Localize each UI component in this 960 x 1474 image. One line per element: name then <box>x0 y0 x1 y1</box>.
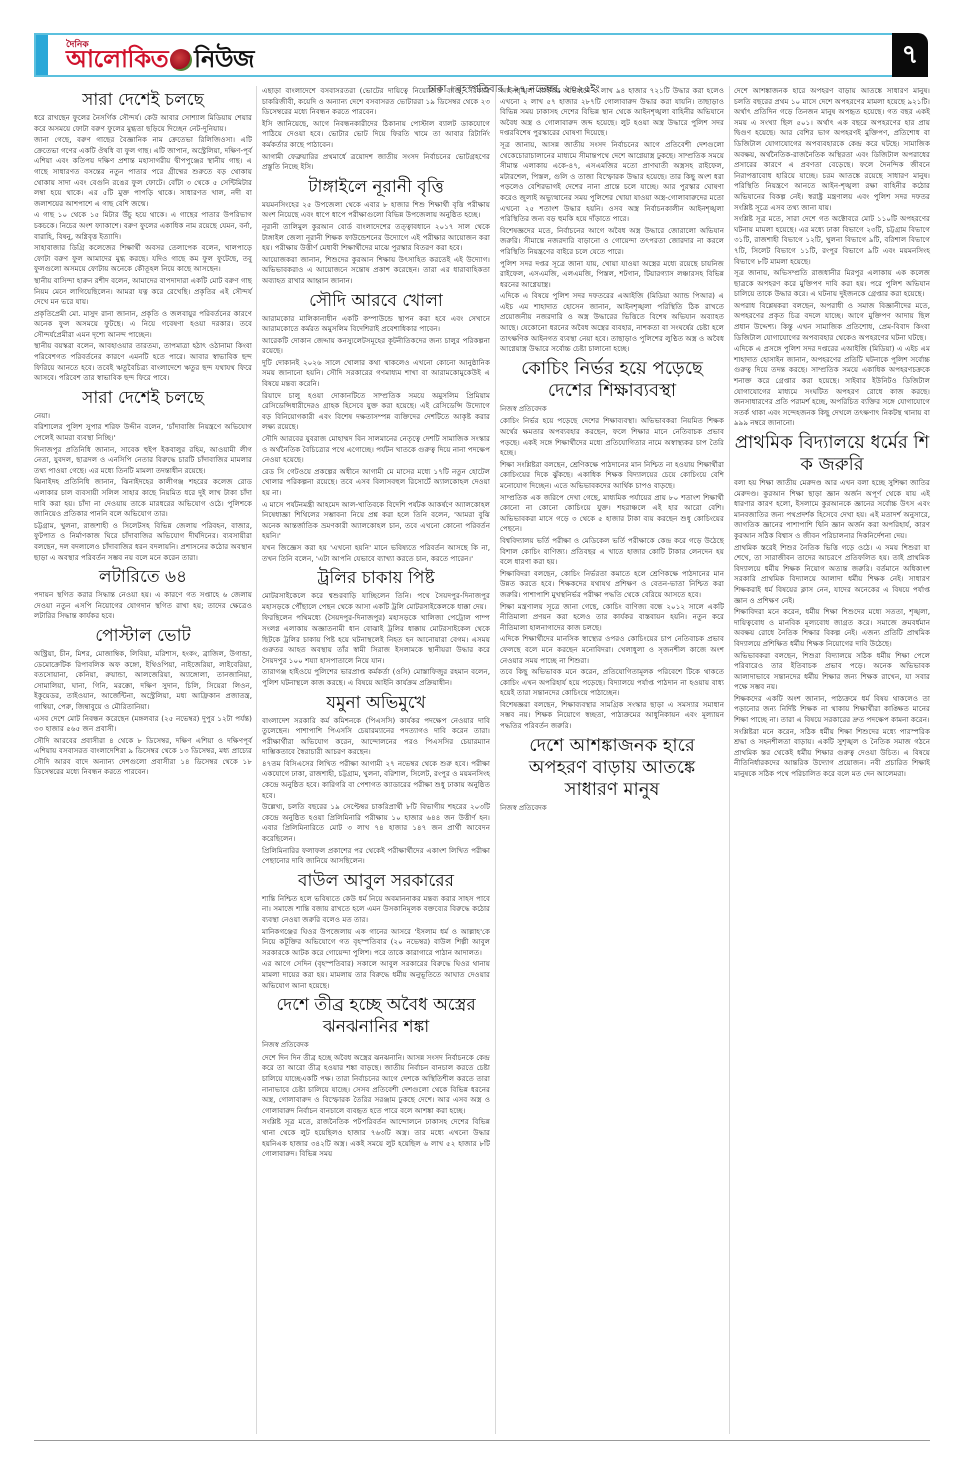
paragraph: এছাড়া বাংলাদেশে বসবাসরতরা (ভোটের দায়িত… <box>262 86 490 118</box>
article-headline: দেশে আশঙ্কাজনক হারে অপহরণ বাড়ায় আতঙ্কে… <box>500 735 724 801</box>
column-4: দেশে আশঙ্কাজনক হারে অপহরণ বাড়ায় আতঙ্কে… <box>734 86 930 781</box>
paragraph: রেড সি গেটওয়ে প্রকল্পের অধীনে আগামী মে … <box>262 467 490 499</box>
paragraph: আগামী ফেব্রুয়ারির প্রথমার্ধে ত্রয়োদশ জ… <box>262 152 490 173</box>
logo-name-black: নিউজ <box>194 45 254 73</box>
paragraph: সাম্প্রতিক এক জরিপে দেখা গেছে, মাধ্যমিক … <box>500 493 724 535</box>
byline: নিজস্ব প্রতিবেদক <box>262 1040 490 1051</box>
paragraph: শিক্ষা সংশ্লিষ্টরা বলছেন, শ্রেণিকক্ষে পা… <box>500 460 724 492</box>
paragraph: ৪৭তম বিসিএসের লিখিত পরীক্ষা আগামী ২৭ নভে… <box>262 759 490 801</box>
paragraph: বলা হয় শিক্ষা জাতীয় মেরুদণ্ড আর এখন বল… <box>734 478 930 542</box>
article: সারা দেশেই চলছে নেয়া। বরিশালের পুলিশ সু… <box>34 387 252 563</box>
article: দেশে আশঙ্কাজনক হারে অপহরণ বাড়ায় আতঙ্কে… <box>500 735 724 814</box>
paragraph: অপরাধ বিশ্লেষকরা বলছেন, অপরাধী ও সমাজ বি… <box>734 301 930 343</box>
paragraph: এসব দেশে মোট নিবন্ধন করেছেন (মঙ্গলবার (২… <box>34 714 252 735</box>
paragraph: বাংলাদেশ সরকারি কর্ম কমিশনকে (পিএসসি) কা… <box>262 716 490 758</box>
paragraph: আইনশৃঙ্খলা বাহিনীর অভিযানে ৩ লাখ ৯৪ হাজা… <box>500 86 724 139</box>
paragraph: সংশ্লিষ্ট সূত্র মতে, রাজনৈতিক পটপরিবর্তন… <box>262 1117 490 1159</box>
paragraph: বিশ্ববিদ্যালয় ভর্তি পরীক্ষা ও মেডিকেল ভ… <box>500 536 724 568</box>
paragraph: ঝিনাইদহ প্রতিনিধি জানান, ঝিনাইদহের কালীগ… <box>34 477 252 519</box>
article-headline: প্রাথমিক বিদ্যালয়ে ধর্মের শি ক জরুরি <box>734 432 930 476</box>
paragraph: দেশে আশঙ্কাজনক হারে অপহরণ বাড়ায় আতঙ্কে… <box>734 86 930 213</box>
page-number: ৭ <box>892 33 928 77</box>
article-headline: লটারিতে ৬৪ <box>34 566 252 588</box>
paragraph: শিক্ষাবিদরা বলছেন, কোচিং নির্ভরতা কমাতে … <box>500 569 724 601</box>
paragraph: প্রকৃতিপ্রেমী মো. মাসুদ রানা জানান, প্রক… <box>34 309 252 341</box>
paragraph: অস্ট্রিয়া, চীন, মিশর, মোজাম্বিক, লিবিয়… <box>34 649 252 713</box>
column-3: আইনশৃঙ্খলা বাহিনীর অভিযানে ৩ লাখ ৯৪ হাজা… <box>500 86 724 815</box>
page-bottom-rule <box>34 1440 930 1441</box>
paragraph: আরেকটি দোকান জেদ্দায় কনস্যুলেটসমূহের কূ… <box>262 336 490 357</box>
paragraph: দুটি দোকানই ২০২৬ সালে খোলার কথা থাকলেও এ… <box>262 358 490 390</box>
column-divider <box>729 86 730 1434</box>
article: লটারিতে ৬৪ পদায়ন স্থগিত করার সিদ্ধান্ত … <box>34 566 252 622</box>
logo-emblem-icon <box>170 49 192 71</box>
paragraph: কোচিং নির্ভর হয়ে পড়েছে দেশের শিক্ষাব্য… <box>500 416 724 458</box>
paragraph: দেশে দিন দিন তীব্র হচ্ছে অবৈধ অস্ত্রের ঝ… <box>262 1053 490 1117</box>
article: টাঙ্গাইলে নূরানী বৃত্তি ময়মনসিংহের ২৫ উ… <box>262 176 490 287</box>
paragraph: মোটরসাইকেলে করে শ্বশুরবাড়ি যাচ্ছিলেন তি… <box>262 591 490 612</box>
column-1: সারা দেশেই চলছে ধরে রাখছেন ফুলের নৈসর্গি… <box>34 86 252 779</box>
paragraph: শিক্ষাবিদরা মনে করেন, ধর্মীয় শিক্ষা শিশ… <box>734 607 930 649</box>
masthead-rule <box>446 33 892 77</box>
paragraph: নূরানী তালিমুল কুরআন বোর্ড বাংলাদেশের তত… <box>262 222 490 254</box>
paragraph: অভিভাবকরা বলছেন, শিশুরা বিদ্যালয়ে সঠিক … <box>734 651 930 693</box>
paragraph: আয়োজকরা জানান, শিশুদের কুরআন শিক্ষায় উ… <box>262 255 490 287</box>
paragraph: এদিকে এ প্রসঙ্গে পুলিশ সদর দপ্তরের এআইজি… <box>734 344 930 429</box>
masthead-accent-bar <box>36 35 48 75</box>
article-headline: টাঙ্গাইলে নূরানী বৃত্তি <box>262 176 490 198</box>
paragraph: এ গাছ ১০ থেকে ১৫ মিটার উঁচু হয়ে থাকে। এ… <box>34 210 252 242</box>
paragraph: সংশ্লিষ্ট সূত্র মতে, সারা দেশে গত অক্টোব… <box>734 214 930 267</box>
article: আইনশৃঙ্খলা বাহিনীর অভিযানে ৩ লাখ ৯৪ হাজা… <box>500 86 724 355</box>
paragraph: প্রিলিমিনারির ফলাফল প্রকাশের পর থেকেই পর… <box>262 846 490 867</box>
article: যমুনা অভিমুখে বাংলাদেশ সরকারি কর্ম কমিশন… <box>262 692 490 867</box>
article: সারা দেশেই চলছে ধরে রাখছেন ফুলের নৈসর্গি… <box>34 89 252 384</box>
article-headline: যমুনা অভিমুখে <box>262 692 490 714</box>
paragraph: ইসি জানিয়েছে, আগে নিবন্ধনকারীদের ঠিকানা… <box>262 119 490 151</box>
paragraph: রিয়াদে চালু হওয়া দোকানটিতে সাম্প্রতিক … <box>262 391 490 433</box>
paragraph: তারাগঞ্জ হাইওয়ে পুলিশের ভারপ্রাপ্ত কর্ম… <box>262 667 490 688</box>
paragraph: বরিশালের পুলিশ সুপার শরিফ উদ্দীন বলেন, '… <box>34 422 252 443</box>
article: দেশে আশঙ্কাজনক হারে অপহরণ বাড়ায় আতঙ্কে… <box>734 86 930 429</box>
article-headline: সারা দেশেই চলছে <box>34 89 252 111</box>
paragraph: এদিকে শিক্ষার্থীদের মানসিক স্বাস্থ্যের ও… <box>500 634 724 666</box>
paragraph: স্থানীয় বয়স্করা বলেন, আবহাওয়ার তারতম্… <box>34 341 252 383</box>
paragraph: শিক্ষা মন্ত্রণালয় সূত্রে জানা গেছে, কোচ… <box>500 602 724 634</box>
paragraph: পুলিশ সদর দপ্তর সূত্রে জানা যায়, খোয়া … <box>500 259 724 291</box>
paragraph: ময়মনসিংহের ২৫ উপজেলা থেকে এবার ৮ হাজার … <box>262 200 490 221</box>
article-headline: বাউল আবুল সরকারের <box>262 870 490 892</box>
paragraph: তবে কিছু অভিভাবক মনে করেন, প্রতিযোগিতামূ… <box>500 667 724 699</box>
column-divider <box>495 86 496 1434</box>
article-headline: ট্রলির চাকায় পিষ্ট <box>262 567 490 589</box>
paragraph: ধরে রাখছেন ফুলের নৈসর্গিক সৌন্দর্য। কেউ … <box>34 113 252 134</box>
article-headline: সারা দেশেই চলছে <box>34 387 252 409</box>
paragraph: যখন জিজ্ঞেস করা হয় 'এখনো হয়নি' মানে ভব… <box>262 543 490 564</box>
paragraph: এ মাসে পর্যটনমন্ত্রী আহমেদ আল-খাতিবকে বি… <box>262 500 490 542</box>
article: ট্রলির চাকায় পিষ্ট মোটরসাইকেলে করে শ্বশ… <box>262 567 490 688</box>
article: কোচিং নির্ভর হয়ে পড়েছে দেশের শিক্ষাব্য… <box>500 358 724 732</box>
column-2: এছাড়া বাংলাদেশে বসবাসরতরা (ভোটের দায়িত… <box>262 86 490 1161</box>
paragraph: বিশেষজ্ঞদের মতে, নির্বাচনের আগে অবৈধ অস্… <box>500 226 724 258</box>
paragraph: শিক্ষকদের একটি অংশ জানান, পাঠ্যক্রমে ধর্… <box>734 694 930 726</box>
paragraph: মানিকগঞ্জের ঘিওর উপজেলায় এক গানের আসরে … <box>262 927 490 959</box>
article-headline: পোস্টাল ভোট <box>34 625 252 647</box>
byline: নিজস্ব প্রতিবেদক <box>500 803 724 814</box>
paragraph: সৌদি আরবের যুবরাজ মোহাম্মদ বিন সালমানের … <box>262 434 490 466</box>
article: পোস্টাল ভোট অস্ট্রিয়া, চীন, মিশর, মোজাম… <box>34 625 252 778</box>
article: বাউল আবুল সরকারের শান্তি নিশ্চিত হলে ভবি… <box>262 870 490 991</box>
masthead: দৈনিক আলোকিতনিউজ ঢাকা । বৃহস্পতিবার । ২৭… <box>34 33 446 77</box>
paragraph: সূত্র জানায়, আসন্ন জাতীয় সংসদ নির্বাচন… <box>500 140 724 225</box>
paragraph: এর আগে সেদিন (বৃহস্পতিবার) সকালে আবুল সর… <box>262 959 490 991</box>
article: এছাড়া বাংলাদেশে বসবাসরতরা (ভোটের দায়িত… <box>262 86 490 173</box>
paragraph: সংশ্লিষ্টরা মনে করেন, সঠিক ধর্মীয় শিক্ষ… <box>734 727 930 780</box>
paragraph: সূত্র জানায়, অভিসম্প্রতি রাজধানীর মিরপু… <box>734 268 930 300</box>
logo-name-red: আলোকিত <box>66 45 168 73</box>
paragraph: শান্তি নিশ্চিত হলে ভবিষ্যতে কেউ ধর্ম নিয… <box>262 894 490 926</box>
paragraph: নেয়া। <box>34 411 252 422</box>
paragraph: জানা গেছে, বরুণ গাছের বৈজ্ঞানিক নাম ক্রে… <box>34 135 252 209</box>
paragraph: বিশেষজ্ঞরা বলছেন, শিক্ষাব্যবস্থার সামগ্র… <box>500 700 724 732</box>
paragraph: দিনাজপুর প্রতিনিধি জানান, সাবেক হুইপ ইকব… <box>34 445 252 477</box>
paragraph: ফিরছিলেন পথিমধ্যে (সৈয়দপুর-দিনাজপুর) মহ… <box>262 613 490 666</box>
paragraph: আরামকোর মালিকানাধীন একটি কম্পাউন্ডে স্থা… <box>262 314 490 335</box>
paragraph: উল্লেখ্য, চলতি বছরের ১৯ সেপ্টেম্বর চাকরি… <box>262 802 490 844</box>
paragraph: প্রাথমিক স্তরেই শিশুর নৈতিক ভিত্তি গড়ে … <box>734 543 930 607</box>
newspaper-logo: আলোকিতনিউজ <box>66 45 254 73</box>
article: দেশে তীব্র হচ্ছে অবৈধ অস্ত্রের ঝনঝনানির … <box>262 994 490 1160</box>
paragraph: এদিকে এ বিষয়ে পুলিশ সদর দফতরের এআইজি (ম… <box>500 291 724 355</box>
paragraph: স্থানীয় বাসিন্দা হারুন রশীদ বলেন, আমাদে… <box>34 276 252 308</box>
paragraph: পদায়ন স্থগিত করার সিদ্ধান্ত নেওয়া হয়।… <box>34 590 252 622</box>
byline: নিজস্ব প্রতিবেদক <box>500 404 724 415</box>
article-headline: কোচিং নির্ভর হয়ে পড়েছে দেশের শিক্ষাব্য… <box>500 358 724 402</box>
article: প্রাথমিক বিদ্যালয়ে ধর্মের শি ক জরুরি বল… <box>734 432 930 780</box>
paragraph: সৌদি আরবের প্রবাসীরা ৪ থেকে ৮ ডিসেম্বর, … <box>34 736 252 778</box>
article-headline: দেশে তীব্র হচ্ছে অবৈধ অস্ত্রের ঝনঝনানির … <box>262 994 490 1038</box>
article: সৌদি আরবে খোলা আরামকোর মালিকানাধীন একটি … <box>262 290 490 565</box>
paragraph: চট্টগ্রাম, খুলনা, রাজশাহী ও সিলেটসহ বিভি… <box>34 521 252 563</box>
article-headline: সৌদি আরবে খোলা <box>262 290 490 312</box>
column-divider <box>256 86 257 1434</box>
paragraph: সাহাবাজার ডিগ্রি কলেজের শিক্ষার্থী অবসর … <box>34 243 252 275</box>
